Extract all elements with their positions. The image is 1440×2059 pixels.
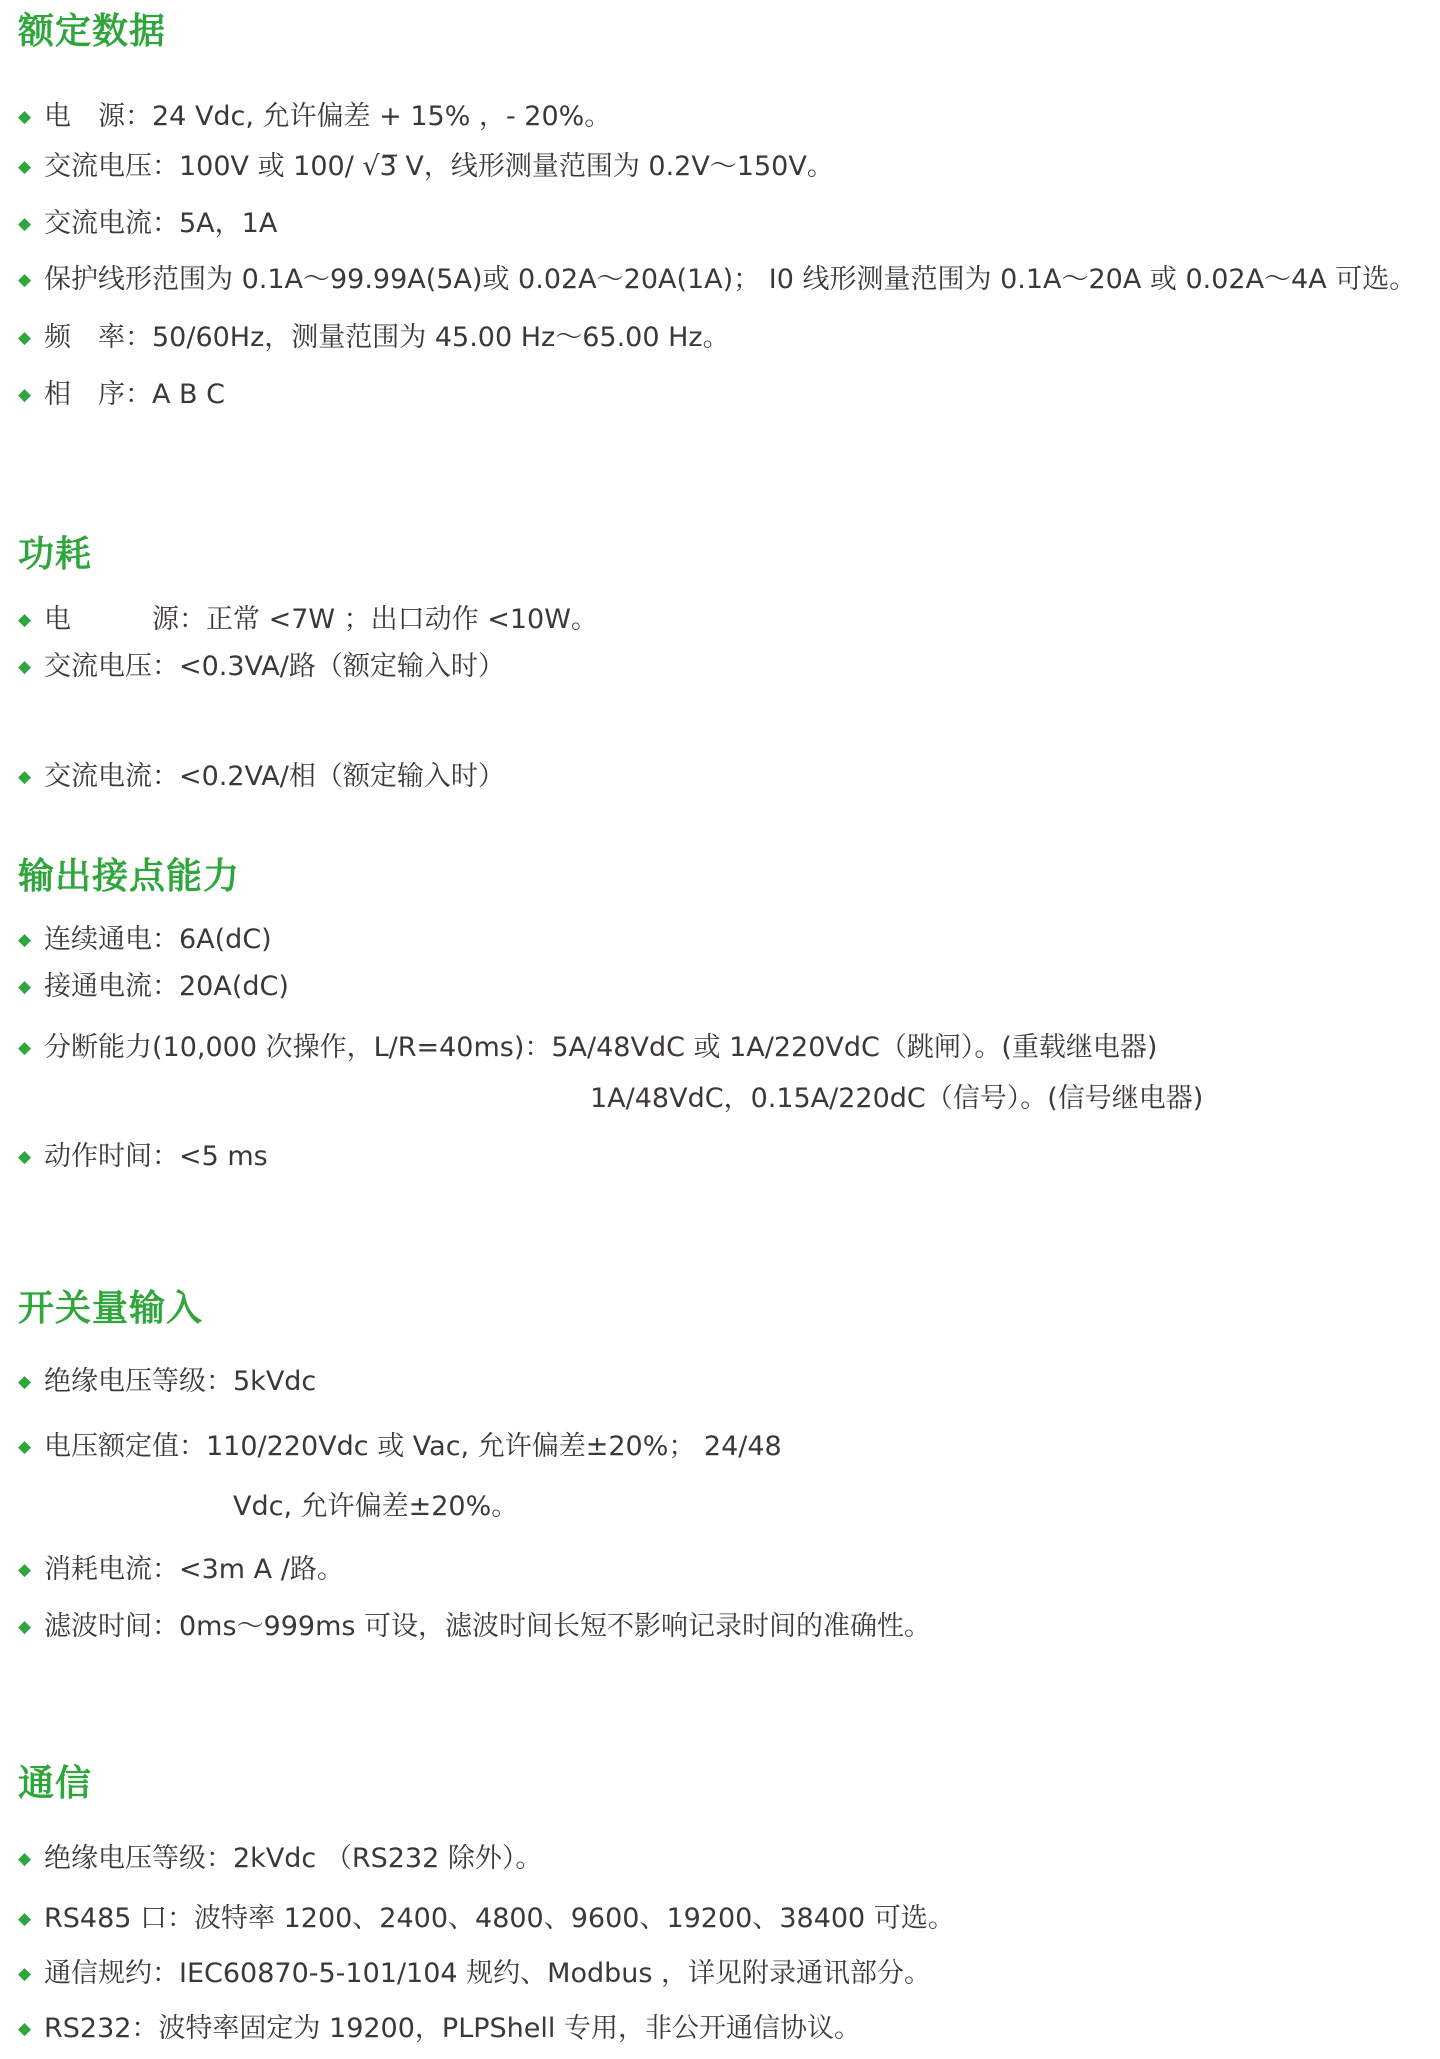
section-heading-communication: 通信 [18, 1762, 1440, 1806]
spec-item-text: Vdc, 允许偏差±20%。 [233, 1491, 518, 1522]
spec-item-filter-time: ◆ 滤波时间：0ms～999ms 可设，滤波时间长短不影响记录时间的准确性。 [18, 1610, 1440, 1644]
diamond-bullet-icon: ◆ [18, 1957, 44, 1991]
datasheet-page: 额定数据 ◆ 电 源：24 Vdc, 允许偏差 + 15% ，- 20%。 ◆ … [0, 0, 1440, 2059]
diamond-bullet-icon: ◆ [18, 321, 44, 355]
spec-item-text: 保护线形范围为 0.1A～99.99A(5A)或 0.02A～20A(1A)； … [44, 263, 1416, 297]
diamond-bullet-icon: ◆ [18, 1902, 44, 1936]
spec-item-breaking-capacity-continuation: 1A/48VdC，0.15A/220dC（信号）。(信号继电器) [18, 1082, 1440, 1116]
spec-item-protection-range: ◆ 保护线形范围为 0.1A～99.99A(5A)或 0.02A～20A(1A)… [18, 263, 1440, 297]
spec-item-text: 交流电流：5A，1A [44, 207, 277, 241]
diamond-bullet-icon: ◆ [18, 1610, 44, 1644]
diamond-bullet-icon: ◆ [18, 378, 44, 412]
spec-item-ac-current: ◆ 交流电流：5A，1A [18, 207, 1440, 241]
diamond-bullet-icon: ◆ [18, 1842, 44, 1876]
diamond-bullet-icon: ◆ [18, 1553, 44, 1587]
spec-item-rs485: ◆ RS485 口：波特率 1200、2400、4800、9600、19200、… [18, 1902, 1440, 1936]
spec-item-text: 绝缘电压等级：2kVdc （RS232 除外）。 [44, 1842, 542, 1876]
spec-item-continuous-current: ◆ 连续通电：6A(dC) [18, 923, 1440, 957]
spec-item-text: 连续通电：6A(dC) [44, 923, 272, 957]
spec-item-text: 消耗电流：<3m A /路。 [44, 1553, 344, 1587]
diamond-bullet-icon: ◆ [18, 150, 44, 184]
spec-item-text: 电 源：24 Vdc, 允许偏差 + 15% ，- 20%。 [44, 100, 611, 134]
spec-item-phase-sequence: ◆ 相 序：A B C [18, 378, 1440, 412]
diamond-bullet-icon: ◆ [18, 2012, 44, 2046]
spec-item-supply-consumption: ◆ 电 源：正常 <7W ；出口动作 <10W。 [18, 603, 1440, 637]
diamond-bullet-icon: ◆ [18, 100, 44, 134]
diamond-bullet-icon: ◆ [18, 1031, 44, 1065]
spec-item-text: 绝缘电压等级：5kVdc [44, 1365, 316, 1399]
diamond-bullet-icon: ◆ [18, 603, 44, 637]
spec-item-text: 分断能力(10,000 次操作，L/R=40ms)：5A/48VdC 或 1A/… [44, 1031, 1157, 1065]
diamond-bullet-icon: ◆ [18, 650, 44, 684]
spec-item-operate-time: ◆ 动作时间：<5 ms [18, 1140, 1440, 1174]
spec-item-text: 1A/48VdC，0.15A/220dC（信号）。(信号继电器) [590, 1083, 1203, 1114]
spec-item-text: 动作时间：<5 ms [44, 1140, 268, 1174]
spec-item-text: 滤波时间：0ms～999ms 可设，滤波时间长短不影响记录时间的准确性。 [44, 1610, 931, 1644]
spec-item-text: 通信规约：IEC60870-5-101/104 规约、Modbus ，详见附录通… [44, 1957, 931, 1991]
spec-item-breaking-capacity: ◆ 分断能力(10,000 次操作，L/R=40ms)：5A/48VdC 或 1… [18, 1031, 1440, 1065]
spec-item-rated-voltage-continuation: Vdc, 允许偏差±20%。 [18, 1490, 1440, 1524]
diamond-bullet-icon: ◆ [18, 1140, 44, 1174]
spec-item-ac-voltage-consumption: ◆ 交流电压：<0.3VA/路（额定输入时） [18, 650, 1440, 684]
spec-item-text: 频 率：50/60Hz，测量范围为 45.00 Hz～65.00 Hz。 [44, 321, 730, 355]
diamond-bullet-icon: ◆ [18, 760, 44, 794]
diamond-bullet-icon: ◆ [18, 263, 44, 297]
spec-item-text: 交流电压：100V 或 100/ √3̅ V，线形测量范围为 0.2V～150V… [44, 150, 834, 184]
spec-item-text: 交流电流：<0.2VA/相（额定输入时） [44, 760, 505, 794]
spec-item-rated-voltage: ◆ 电压额定值：110/220Vdc 或 Vac, 允许偏差±20%； 24/4… [18, 1430, 1440, 1464]
section-heading-rated-data: 额定数据 [18, 10, 1440, 54]
spec-item-frequency: ◆ 频 率：50/60Hz，测量范围为 45.00 Hz～65.00 Hz。 [18, 321, 1440, 355]
spec-item-insulation-voltage-2kv: ◆ 绝缘电压等级：2kVdc （RS232 除外）。 [18, 1842, 1440, 1876]
spec-item-text: 交流电压：<0.3VA/路（额定输入时） [44, 650, 505, 684]
section-heading-power-consumption: 功耗 [18, 533, 1440, 577]
diamond-bullet-icon: ◆ [18, 207, 44, 241]
spec-item-rs232: ◆ RS232：波特率固定为 19200，PLPShell 专用，非公开通信协议… [18, 2012, 1440, 2046]
spec-item-text: RS232：波特率固定为 19200，PLPShell 专用，非公开通信协议。 [44, 2012, 861, 2046]
spec-item-text: 电 源：正常 <7W ；出口动作 <10W。 [44, 603, 598, 637]
spec-item-protocol: ◆ 通信规约：IEC60870-5-101/104 规约、Modbus ，详见附… [18, 1957, 1440, 1991]
spec-item-consumed-current: ◆ 消耗电流：<3m A /路。 [18, 1553, 1440, 1587]
spec-item-insulation-voltage-5kv: ◆ 绝缘电压等级：5kVdc [18, 1365, 1440, 1399]
spec-item-power-supply: ◆ 电 源：24 Vdc, 允许偏差 + 15% ，- 20%。 [18, 100, 1440, 134]
diamond-bullet-icon: ◆ [18, 1430, 44, 1464]
diamond-bullet-icon: ◆ [18, 1365, 44, 1399]
diamond-bullet-icon: ◆ [18, 923, 44, 957]
spec-item-text: 接通电流：20A(dC) [44, 970, 289, 1004]
spec-item-ac-current-consumption: ◆ 交流电流：<0.2VA/相（额定输入时） [18, 760, 1440, 794]
spec-item-ac-voltage: ◆ 交流电压：100V 或 100/ √3̅ V，线形测量范围为 0.2V～15… [18, 150, 1440, 184]
spec-item-text: 电压额定值：110/220Vdc 或 Vac, 允许偏差±20%； 24/48 [44, 1430, 782, 1464]
spec-item-text: RS485 口：波特率 1200、2400、4800、9600、19200、38… [44, 1902, 955, 1936]
section-heading-binary-input: 开关量输入 [18, 1287, 1440, 1331]
section-heading-output-contact-capacity: 输出接点能力 [18, 855, 1440, 899]
spec-item-text: 相 序：A B C [44, 378, 225, 412]
spec-item-making-current: ◆ 接通电流：20A(dC) [18, 970, 1440, 1004]
diamond-bullet-icon: ◆ [18, 970, 44, 1004]
